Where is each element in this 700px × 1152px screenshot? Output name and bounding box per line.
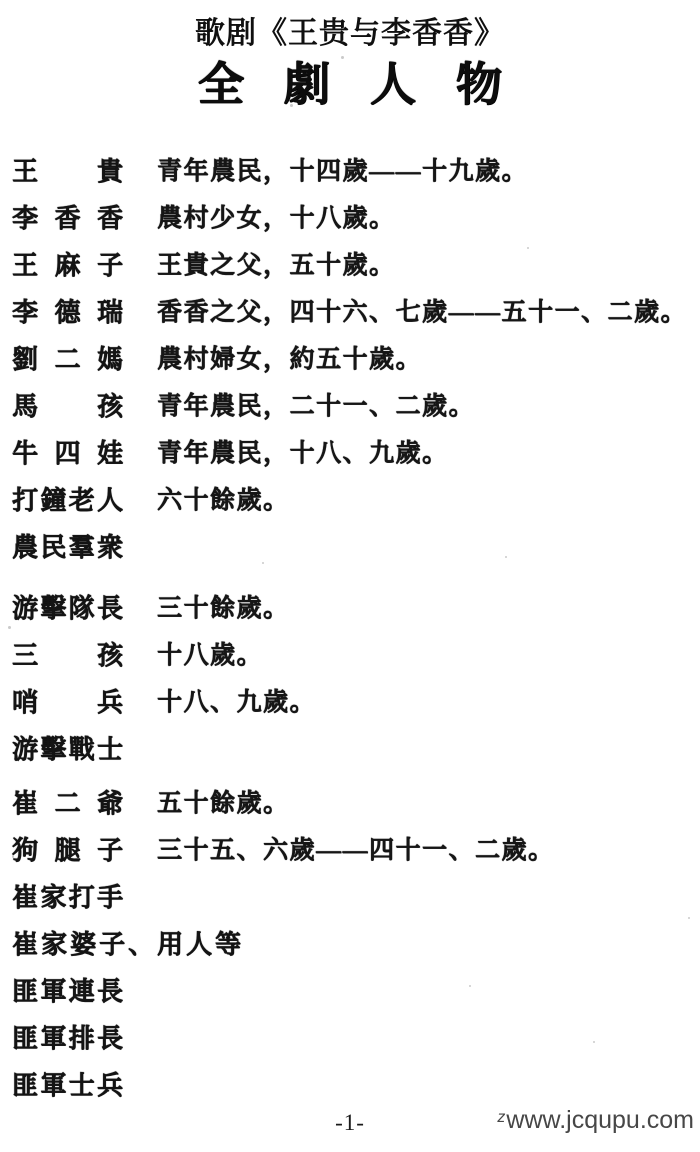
cast-member-desc: 青年農民，十四歲——十九歲。 — [157, 158, 528, 186]
cast-member-desc: 青年農民，十八、九歲。 — [157, 440, 449, 468]
scan-speck — [469, 985, 471, 987]
cast-member-name: 崔家打手 — [12, 884, 123, 912]
cast-row: 打鐘老人 六十餘歲。 — [12, 487, 692, 515]
cast-row: 哨兵 十八、九歲。 — [12, 689, 692, 717]
scan-speck — [290, 104, 293, 107]
watermark-logo-icon: z — [497, 1109, 505, 1127]
cast-member-name: 匪軍士兵 — [12, 1072, 123, 1100]
scan-speck — [593, 1041, 595, 1043]
cast-member-desc: 三十餘歲。 — [157, 595, 290, 623]
cast-row: 劉二媽 農村婦女，約五十歲。 — [12, 346, 692, 374]
scan-speck — [527, 247, 529, 249]
cast-group: 游擊隊長 三十餘歲。 三孩 十八歲。 哨兵 十八、九歲。 游擊戰士 — [12, 595, 692, 764]
cast-member-desc: 六十餘歲。 — [157, 487, 290, 515]
cast-row: 崔家婆子、用人等 — [12, 931, 692, 959]
cast-row: 游擊隊長 三十餘歲。 — [12, 595, 692, 623]
cast-row: 馬孩 青年農民，二十一、二歲。 — [12, 393, 692, 421]
cast-member-name: 三孩 — [12, 642, 123, 670]
cast-member-name: 狗腿子 — [12, 837, 123, 865]
cast-member-name: 游擊隊長 — [12, 595, 123, 623]
cast-member-name: 哨兵 — [12, 689, 123, 717]
cast-list: 王貴 青年農民，十四歲——十九歲。 李香香 農村少女，十八歲。 王麻子 王貴之父… — [12, 158, 692, 1133]
cast-member-name: 劉二媽 — [12, 346, 123, 374]
cast-member-name: 匪軍連長 — [12, 978, 123, 1006]
scan-speck — [8, 626, 11, 629]
cast-member-name: 農民羣衆 — [12, 534, 123, 562]
cast-member-name: 王貴 — [12, 158, 123, 186]
cast-row: 農民羣衆 — [12, 534, 692, 562]
scan-speck — [262, 562, 264, 564]
cast-member-name: 王麻子 — [12, 252, 123, 280]
cast-member-name: 打鐘老人 — [12, 487, 123, 515]
cast-row: 匪軍連長 — [12, 978, 692, 1006]
cast-row: 牛四娃 青年農民，十八、九歲。 — [12, 440, 692, 468]
cast-member-name: 游擊戰士 — [12, 736, 123, 764]
cast-member-desc: 青年農民，二十一、二歲。 — [157, 393, 475, 421]
cast-member-name: 李香香 — [12, 205, 123, 233]
cast-member-name: 牛四娃 — [12, 440, 123, 468]
cast-row: 崔家打手 — [12, 884, 692, 912]
cast-member-name: 馬孩 — [12, 393, 123, 421]
cast-row: 狗腿子 三十五、六歲——四十一、二歲。 — [12, 837, 692, 865]
cast-member-desc: 農村婦女，約五十歲。 — [157, 346, 422, 374]
scan-speck — [341, 56, 344, 59]
cast-member-desc: 五十餘歲。 — [157, 790, 290, 818]
cast-group: 王貴 青年農民，十四歲——十九歲。 李香香 農村少女，十八歲。 王麻子 王貴之父… — [12, 158, 692, 562]
cast-row: 王麻子 王貴之父，五十歲。 — [12, 252, 692, 280]
cast-member-desc: 香香之父，四十六、七歲——五十一、二歲。 — [157, 299, 687, 327]
cast-row: 匪軍排長 — [12, 1025, 692, 1053]
cast-row: 李德瑞 香香之父，四十六、七歲——五十一、二歲。 — [12, 299, 692, 327]
document-page: { "header": { "title": "歌剧《王贵与李香香》" }, "… — [0, 0, 700, 1152]
cast-member-desc: 十八、九歲。 — [157, 689, 316, 717]
cast-member-name: 崔家婆子、用人等 — [12, 931, 244, 959]
main-title-wrap: 全劇人物 — [0, 48, 700, 114]
cast-member-desc: 王貴之父，五十歲。 — [157, 252, 396, 280]
cast-row: 三孩 十八歲。 — [12, 642, 692, 670]
cast-member-desc: 十八歲。 — [157, 642, 263, 670]
cast-member-desc: 三十五、六歲——四十一、二歲。 — [157, 837, 555, 865]
cast-row: 崔二爺 五十餘歲。 — [12, 790, 692, 818]
page-header-title: 歌剧《王贵与李香香》 — [0, 8, 700, 52]
main-title: 全劇人物 — [198, 48, 542, 114]
cast-member-name: 李德瑞 — [12, 299, 123, 327]
scan-speck — [505, 556, 507, 558]
cast-member-name: 崔二爺 — [12, 790, 123, 818]
cast-row: 匪軍士兵 — [12, 1072, 692, 1100]
cast-group: 崔二爺 五十餘歲。 狗腿子 三十五、六歲——四十一、二歲。 崔家打手 崔家婆子、… — [12, 790, 692, 1100]
cast-row: 游擊戰士 — [12, 736, 692, 764]
cast-row: 李香香 農村少女，十八歲。 — [12, 205, 692, 233]
cast-member-name: 匪軍排長 — [12, 1025, 123, 1053]
watermark: z www.jcqupu.com — [497, 1106, 694, 1135]
cast-row: 王貴 青年農民，十四歲——十九歲。 — [12, 158, 692, 186]
cast-member-desc: 農村少女，十八歲。 — [157, 205, 396, 233]
watermark-text: www.jcqupu.com — [506, 1106, 694, 1135]
scan-speck — [688, 917, 690, 919]
scan-speck — [12, 855, 14, 858]
